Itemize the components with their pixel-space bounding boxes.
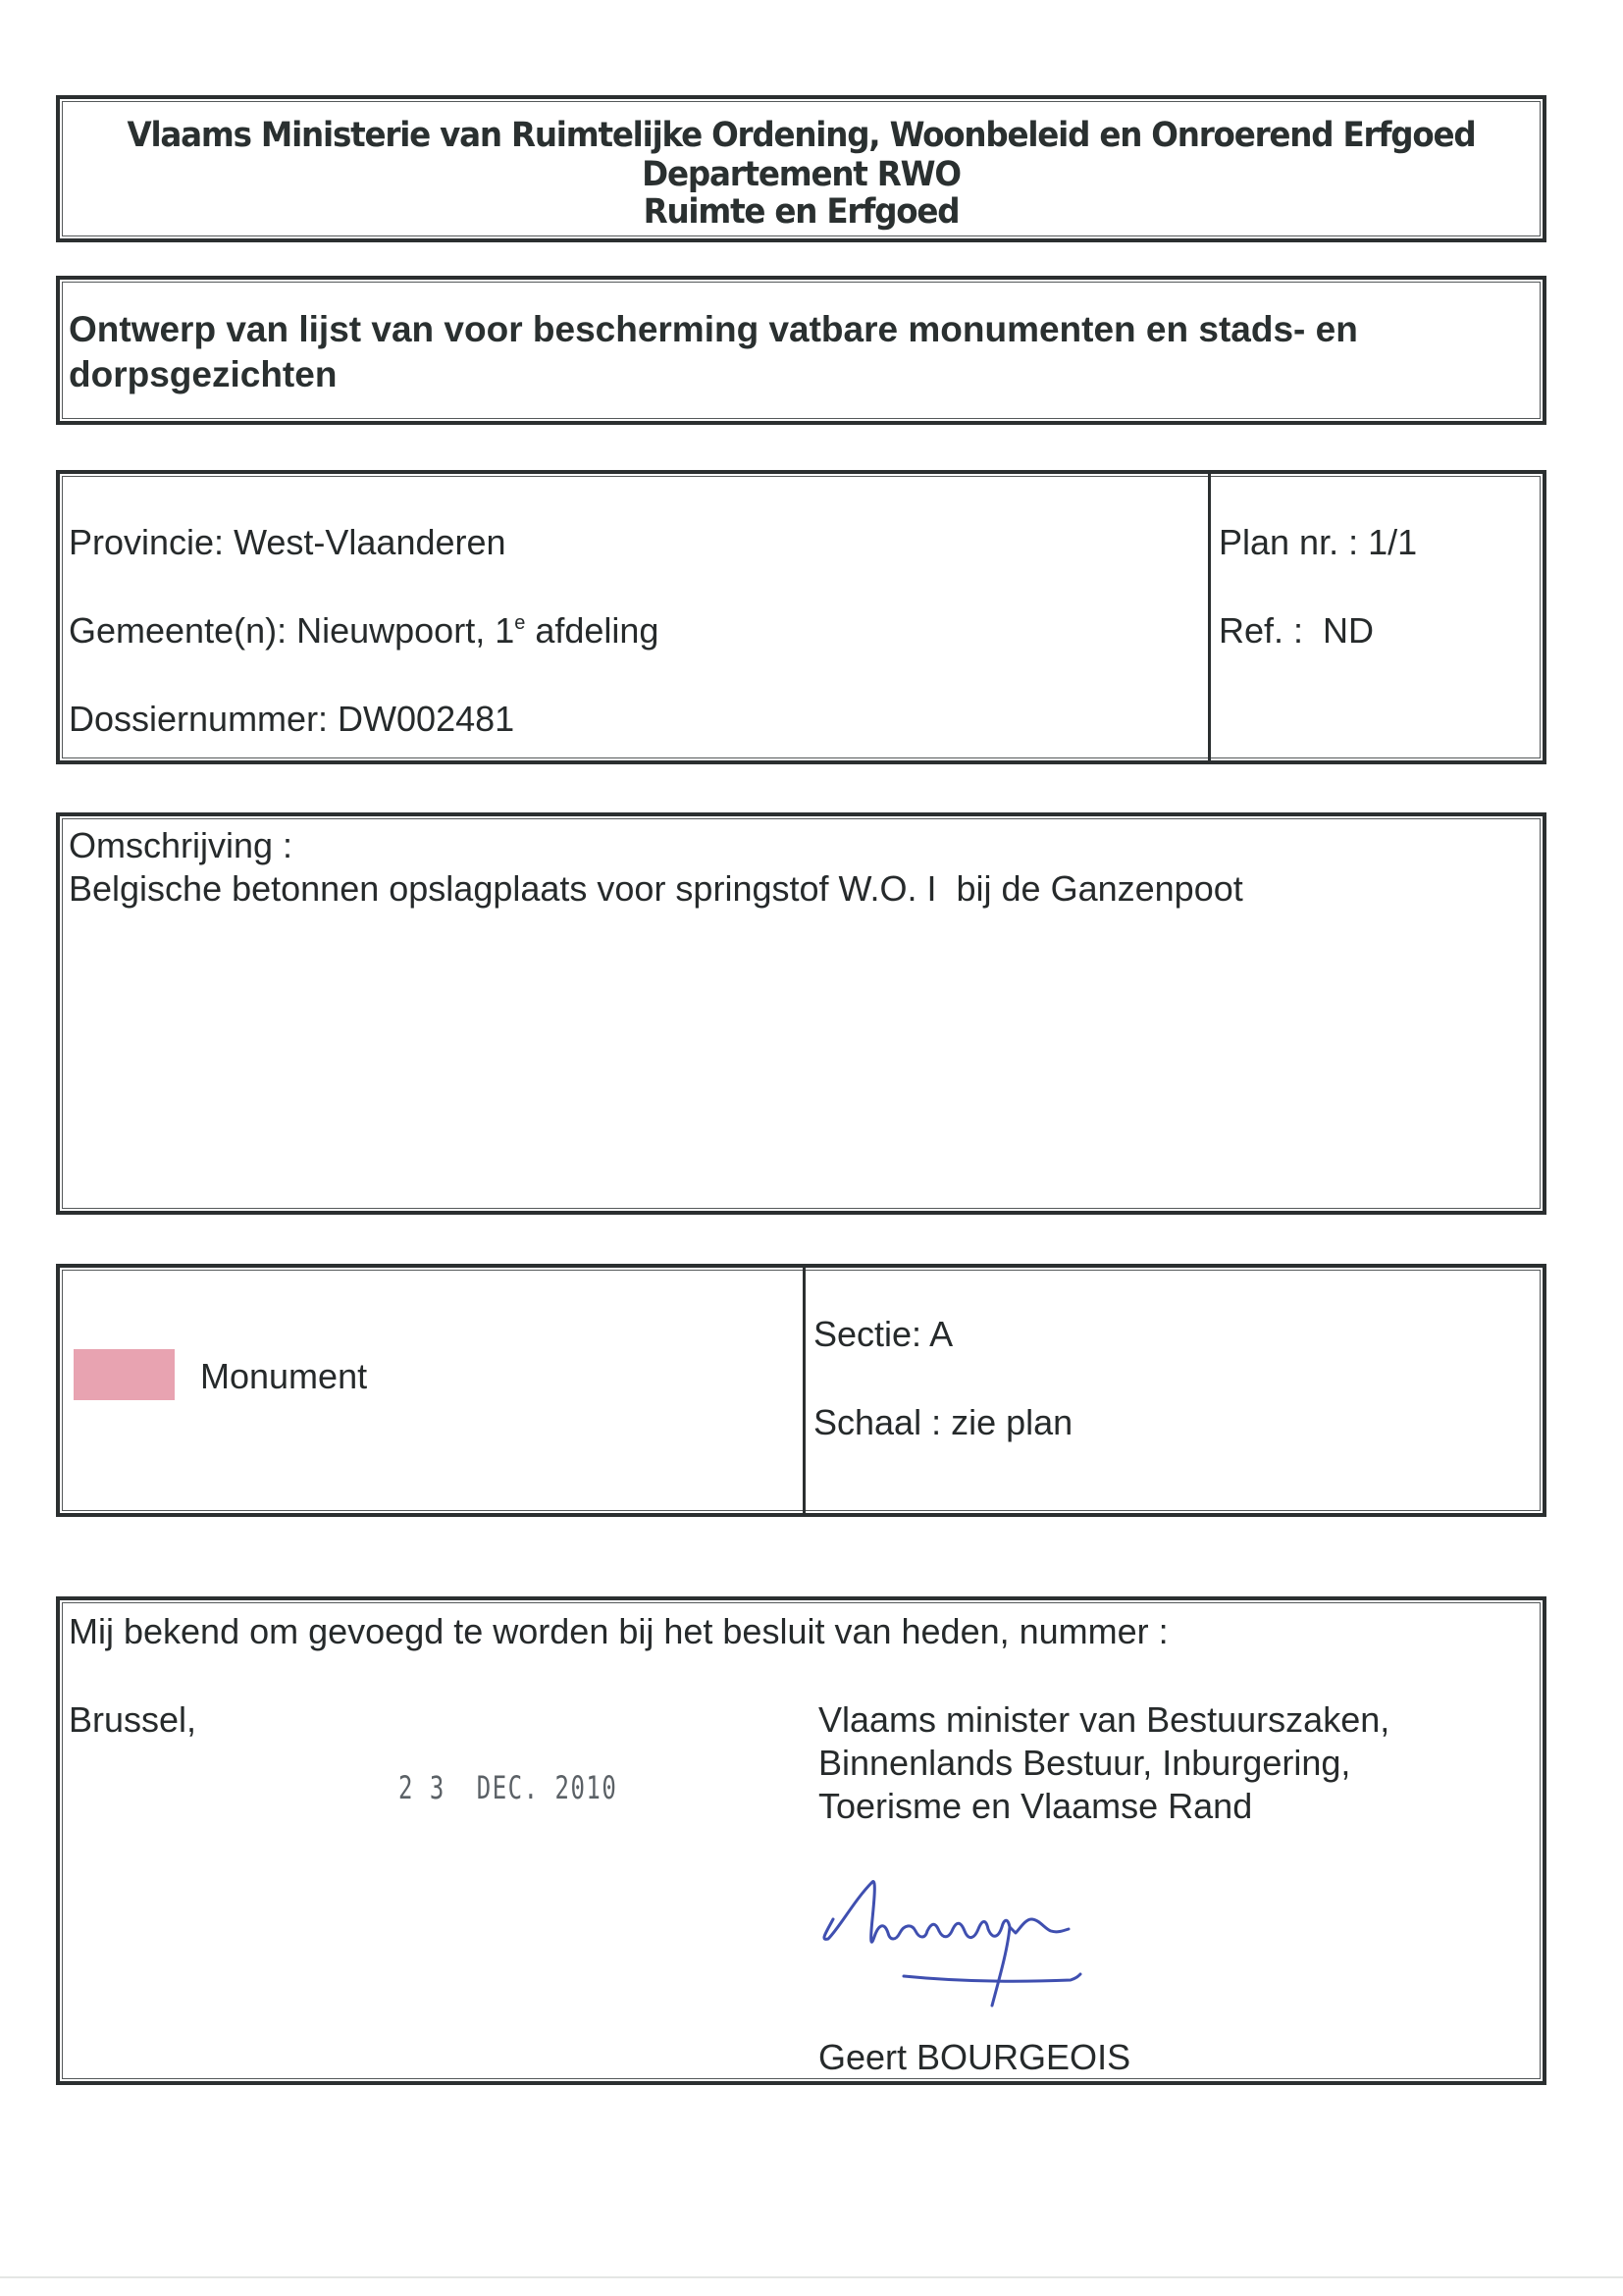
ministry-header: Vlaams Ministerie van Ruimtelijke Ordeni… [56, 95, 1546, 242]
document-title: Ontwerp van lijst van voor bescherming v… [69, 307, 1501, 397]
location-divider [1208, 474, 1211, 760]
signature-icon [806, 1860, 1257, 2008]
scan-edge-line [0, 2276, 1623, 2278]
plan-number: Plan nr. : 1/1 [1219, 525, 1417, 560]
reference: Ref. : ND [1219, 613, 1374, 649]
provincie-field: Provincie: West-Vlaanderen [69, 525, 506, 560]
ministry-name: Vlaams Ministerie van Ruimtelijke Ordeni… [112, 119, 1491, 153]
monument-legend-swatch [74, 1349, 175, 1400]
gemeente-field: Gemeente(n): Nieuwpoort, 1e afdeling [69, 613, 658, 649]
sectie-field: Sectie: A [813, 1317, 953, 1352]
approval-box: Mij bekend om gevoegd te worden bij het … [56, 1596, 1546, 2085]
legend-divider [803, 1268, 806, 1513]
gemeente-superscript: e [514, 612, 525, 634]
dossier-field: Dossiernummer: DW002481 [69, 702, 514, 737]
place-label: Brussel, [69, 1702, 196, 1738]
description-text: Belgische betonnen opslagplaats voor spr… [69, 871, 1243, 907]
legend-box: Monument Sectie: A Schaal : zie plan [56, 1264, 1546, 1517]
monument-legend-label: Monument [200, 1359, 367, 1394]
division-name: Ruimte en Erfgoed [112, 195, 1491, 230]
document-title-box: Ontwerp van lijst van voor bescherming v… [56, 276, 1546, 425]
department-name: Departement RWO [112, 158, 1491, 192]
approval-statement: Mij bekend om gevoegd te worden bij het … [69, 1614, 1169, 1649]
minister-title-line3: Toerisme en Vlaamse Rand [818, 1789, 1252, 1824]
description-label: Omschrijving : [69, 828, 292, 863]
location-box: Provincie: West-Vlaanderen Gemeente(n): … [56, 470, 1546, 764]
gemeente-text: Gemeente(n): Nieuwpoort, 1 [69, 610, 514, 651]
signatory-name: Geert BOURGEOIS [818, 2040, 1130, 2075]
date-stamp: 2 3 DEC. 2010 [398, 1769, 617, 1806]
gemeente-suffix: afdeling [525, 610, 658, 651]
description-box: Omschrijving : Belgische betonnen opslag… [56, 812, 1546, 1215]
minister-title-line1: Vlaams minister van Bestuurszaken, [818, 1702, 1389, 1738]
schaal-field: Schaal : zie plan [813, 1405, 1073, 1440]
minister-title-line2: Binnenlands Bestuur, Inburgering, [818, 1746, 1350, 1781]
